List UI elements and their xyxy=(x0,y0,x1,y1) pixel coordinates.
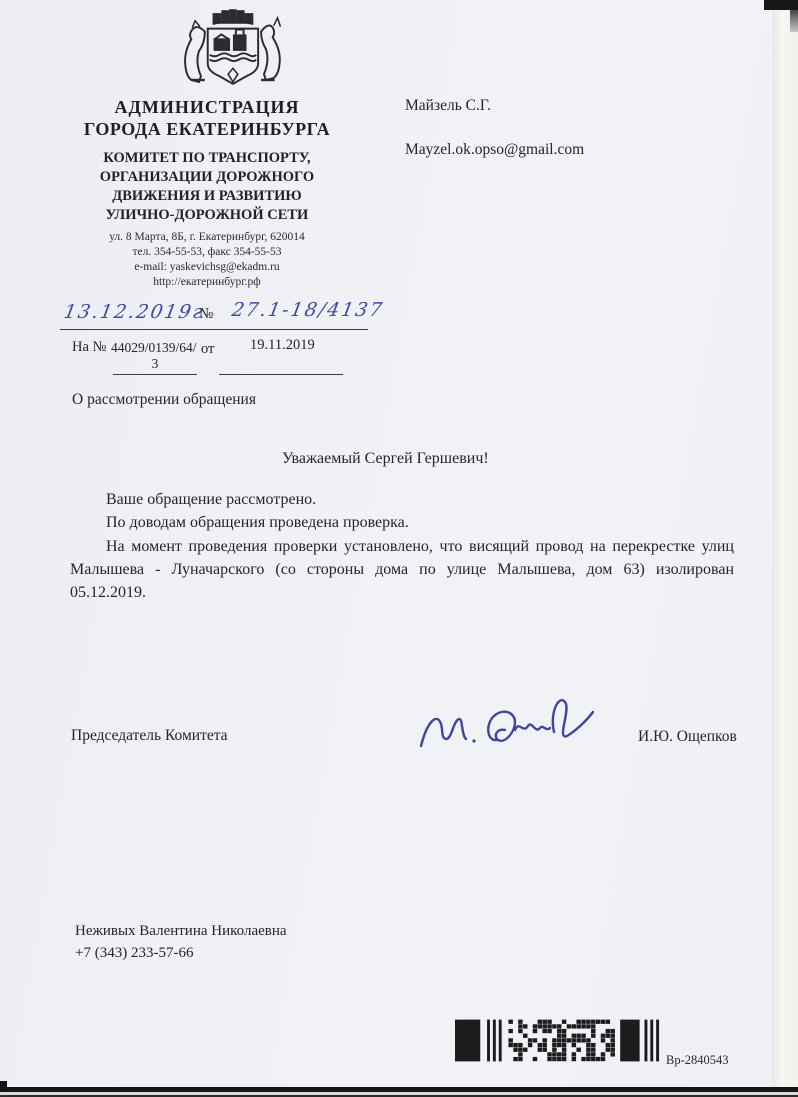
committee-line: ОРГАНИЗАЦИИ ДОРОЖНОГО xyxy=(46,168,368,187)
signer-name: И.Ю. Ощепков xyxy=(638,728,737,746)
org-phone-line: тел. 354-55-53, факс 354-55-53 xyxy=(46,245,368,260)
signer-position-title: Председатель Комитета xyxy=(71,727,228,745)
outgoing-number-handwritten: 27.1-18/4137 xyxy=(230,299,386,321)
salutation: Уважаемый Сергей Гершевич! xyxy=(282,450,489,468)
number-underline xyxy=(226,329,368,330)
from-label: от xyxy=(201,341,214,358)
org-address-line: ул. 8 Марта, 8Б, г. Екатеринбург, 620014 xyxy=(46,230,368,245)
number-sign: № xyxy=(199,306,213,323)
scan-edge-bottom-left xyxy=(0,1081,7,1089)
handwritten-signature xyxy=(415,690,595,762)
incoming-date: 19.11.2019 xyxy=(250,337,315,354)
outgoing-date-handwritten: 13.12.2019г xyxy=(62,301,206,323)
org-name-line1: АДМИНИСТРАЦИЯ xyxy=(46,97,368,118)
executor-phone: +7 (343) 233-57-66 xyxy=(75,945,193,962)
barcode xyxy=(455,1019,661,1062)
body-paragraph: Ваше обращение рассмотрено. xyxy=(70,488,734,511)
incoming-number: 44029/0139/64/ xyxy=(111,340,197,356)
date-underline xyxy=(60,329,232,330)
org-name-line2: ГОРОДА ЕКАТЕРИНБУРГА xyxy=(46,119,368,140)
letter-body: Ваше обращение рассмотрено. По доводам о… xyxy=(70,488,734,604)
scanned-letter-page: { "document": { "letterhead": { "org_nam… xyxy=(0,0,798,1097)
org-contact-block: ул. 8 Марта, 8Б, г. Екатеринбург, 620014… xyxy=(46,230,368,290)
scan-edge-right xyxy=(772,0,798,1097)
subject-line: О рассмотрении обращения xyxy=(72,391,256,409)
committee-line: КОМИТЕТ ПО ТРАНСПОРТУ, xyxy=(46,149,368,168)
scan-edge-top-right xyxy=(764,0,798,10)
executor-name: Неживых Валентина Николаевна xyxy=(75,923,287,940)
body-paragraph: На момент проведения проверки установлен… xyxy=(70,535,734,605)
recipient-email: Mayzel.ok.opso@gmail.com xyxy=(405,141,584,159)
committee-name: КОМИТЕТ ПО ТРАНСПОРТУ, ОРГАНИЗАЦИИ ДОРОЖ… xyxy=(46,149,368,225)
org-email-line: e-mail: yaskevichsg@ekadm.ru xyxy=(46,260,368,275)
incoming-date-underline xyxy=(219,374,343,375)
committee-line: ДВИЖЕНИЯ И РАЗВИТИЮ xyxy=(46,187,368,206)
incoming-ref-label: На № xyxy=(72,339,106,356)
recipient-name: Майзель С.Г. xyxy=(405,97,491,115)
coat-of-arms-icon xyxy=(168,8,294,88)
incoming-number-continuation: 3 xyxy=(113,356,197,372)
committee-line: УЛИЧНО-ДОРОЖНОЙ СЕТИ xyxy=(46,206,368,225)
body-paragraph: По доводам обращения проведена проверка. xyxy=(70,511,734,534)
org-website-line: http://екатеринбург.рф xyxy=(46,275,368,290)
scan-edge-top-right-shadow xyxy=(790,10,798,32)
barcode-label: Вр-2840543 xyxy=(666,1053,729,1068)
incoming-number-underline xyxy=(113,374,197,375)
